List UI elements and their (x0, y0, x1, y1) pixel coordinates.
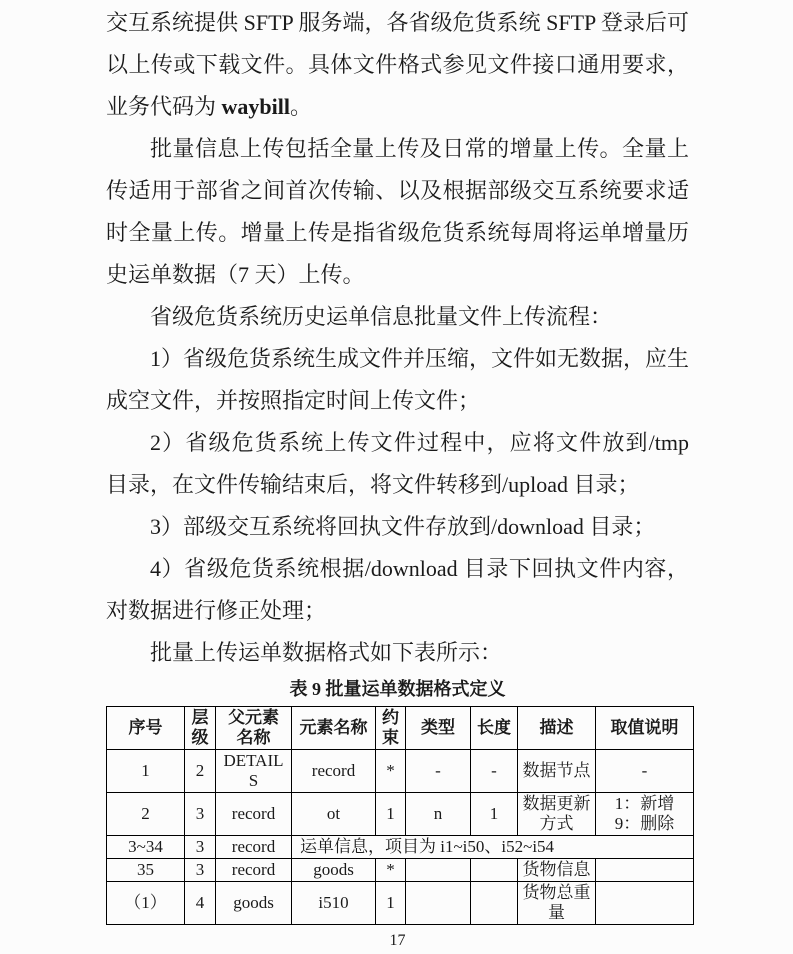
table-cell: 数据节点 (518, 750, 596, 793)
table-caption: 表 9 批量运单数据格式定义 (106, 676, 689, 702)
text-run: 省级危货系统历史运单信息批量文件上传流程： (150, 304, 612, 329)
document-page: 交互系统提供 SFTP 服务端，各省级危货系统 SFTP 登录后可以上传或下载文… (0, 0, 793, 954)
table-cell (471, 859, 518, 882)
table-cell: - (471, 750, 518, 793)
text-run: 批量上传运单数据格式如下表所示： (150, 640, 502, 665)
table-header-cell: 取值说明 (596, 707, 694, 750)
table-row: 12DETAILSrecord*--数据节点- (107, 750, 694, 793)
table-header-cell: 约 束 (376, 707, 406, 750)
table-cell: ot (292, 793, 376, 836)
table-cell (406, 859, 471, 882)
table-cell: - (406, 750, 471, 793)
paragraph: 批量上传运单数据格式如下表所示： (106, 632, 689, 674)
text-run: 1）省级危货系统生成文件并压缩，文件如无数据，应生成空文件，并按照指定时间上传文… (106, 346, 689, 413)
table-header-cell: 长度 (471, 707, 518, 750)
table-cell: record (216, 859, 292, 882)
paragraph: 批量信息上传包括全量上传及日常的增量上传。全量上传适用于部省之间首次传输、以及根… (106, 128, 689, 296)
table-header-cell: 描述 (518, 707, 596, 750)
table-cell: 3 (185, 859, 216, 882)
table-cell: record (292, 750, 376, 793)
table-cell: 2 (185, 750, 216, 793)
table-cell (406, 882, 471, 925)
paragraph: 2）省级危货系统上传文件过程中，应将文件放到/tmp 目录，在文件传输结束后，将… (106, 422, 689, 506)
table-row: 353recordgoods*货物信息 (107, 859, 694, 882)
table-header-cell: 父元素 名称 (216, 707, 292, 750)
text-run: 。 (290, 94, 312, 119)
table-cell (471, 882, 518, 925)
text-run: 3）部级交互系统将回执文件存放到/download 目录； (150, 514, 655, 539)
table-row: （1）4goodsi5101货物总重量 (107, 882, 694, 925)
table-cell: 货物信息 (518, 859, 596, 882)
text-run: 交互系统提供 SFTP 服务端，各省级危货系统 SFTP 登录后可以上传或下载文… (106, 10, 689, 119)
bold-text-run: waybill (222, 94, 290, 119)
table-cell: 35 (107, 859, 185, 882)
table-cell: 1 (107, 750, 185, 793)
table-cell: - (596, 750, 694, 793)
table-cell: record (216, 793, 292, 836)
table-cell: 1 (376, 793, 406, 836)
table-cell: 1：新增 9：删除 (596, 793, 694, 836)
text-run: 4）省级危货系统根据/download 目录下回执文件内容，对数据进行修正处理； (106, 556, 689, 623)
table-cell: i510 (292, 882, 376, 925)
table-header-cell: 元素名称 (292, 707, 376, 750)
table-cell: 1 (471, 793, 518, 836)
table-cell: （1） (107, 882, 185, 925)
table-header-cell: 层 级 (185, 707, 216, 750)
table-cell (596, 859, 694, 882)
table-cell: 运单信息，项目为 i1~i50、i52~i54 (292, 836, 694, 859)
table-cell: 4 (185, 882, 216, 925)
page-number: 17 (106, 931, 689, 951)
table-cell: 数据更新方式 (518, 793, 596, 836)
table-row: 23recordot1n1数据更新方式1：新增 9：删除 (107, 793, 694, 836)
paragraph: 1）省级危货系统生成文件并压缩，文件如无数据，应生成空文件，并按照指定时间上传文… (106, 338, 689, 422)
table-cell (596, 882, 694, 925)
waybill-batch-format-table: 序号层 级父元素 名称元素名称约 束类型长度描述取值说明 12DETAILSre… (106, 706, 694, 925)
table-cell: 货物总重量 (518, 882, 596, 925)
table-cell: * (376, 750, 406, 793)
table-row: 3~343record运单信息，项目为 i1~i50、i52~i54 (107, 836, 694, 859)
table-cell: 1 (376, 882, 406, 925)
table-cell: 3~34 (107, 836, 185, 859)
table-header-cell: 序号 (107, 707, 185, 750)
table-cell: 3 (185, 836, 216, 859)
paragraph: 交互系统提供 SFTP 服务端，各省级危货系统 SFTP 登录后可以上传或下载文… (106, 2, 689, 128)
table-cell: record (216, 836, 292, 859)
table-cell: 2 (107, 793, 185, 836)
table-header-cell: 类型 (406, 707, 471, 750)
table-cell: n (406, 793, 471, 836)
text-run: 批量信息上传包括全量上传及日常的增量上传。全量上传适用于部省之间首次传输、以及根… (106, 136, 689, 287)
table-cell: DETAILS (216, 750, 292, 793)
table-cell: goods (292, 859, 376, 882)
table-header-row: 序号层 级父元素 名称元素名称约 束类型长度描述取值说明 (107, 707, 694, 750)
table-cell: goods (216, 882, 292, 925)
body-text: 交互系统提供 SFTP 服务端，各省级危货系统 SFTP 登录后可以上传或下载文… (106, 2, 689, 674)
table-cell: 3 (185, 793, 216, 836)
paragraph: 4）省级危货系统根据/download 目录下回执文件内容，对数据进行修正处理； (106, 548, 689, 632)
table-cell: * (376, 859, 406, 882)
paragraph: 3）部级交互系统将回执文件存放到/download 目录； (106, 506, 689, 548)
text-run: 2）省级危货系统上传文件过程中，应将文件放到/tmp 目录，在文件传输结束后，将… (106, 430, 689, 497)
paragraph: 省级危货系统历史运单信息批量文件上传流程： (106, 296, 689, 338)
